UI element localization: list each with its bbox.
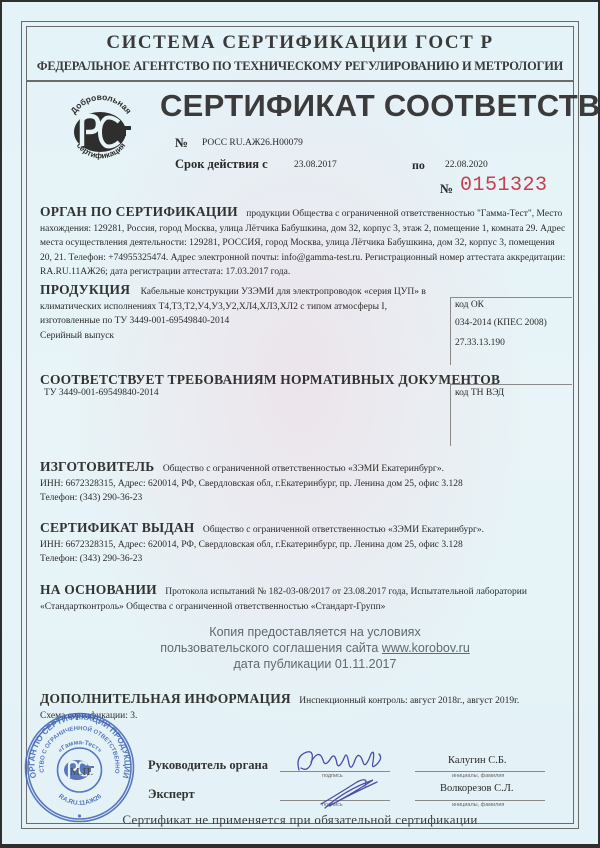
stamp-mp-label: М.П. — [70, 766, 93, 778]
document-title: СЕРТИФИКАТ СООТВЕТСТВИЯ — [160, 88, 600, 124]
issued-to-section: СЕРТИФИКАТ ВЫДАН Общество с ограниченной… — [40, 521, 568, 567]
basis-section: НА ОСНОВАНИИ Протокола испытаний № 182-0… — [40, 583, 568, 614]
head-name: Калугин С.Б. — [448, 755, 507, 766]
issued-to-details: ИНН: 6672328315, Адрес: 620014, РФ, Свер… — [40, 540, 463, 550]
watermark-line-2: пользовательского соглашения сайта www.k… — [150, 640, 480, 656]
manufacturer-details: ИНН: 6672328315, Адрес: 620014, РФ, Свер… — [40, 479, 463, 489]
footer-note: Сертификат не применяется при обязательн… — [0, 812, 600, 828]
svg-text:RA.RU.11АЖ26: RA.RU.11АЖ26 — [57, 793, 103, 807]
validity-label: Срок действия с — [175, 157, 268, 172]
tnved-code-label: код ТН ВЭД — [455, 388, 504, 398]
valid-to-label: по — [412, 158, 425, 173]
product-section: ПРОДУКЦИЯ Кабельные конструкции УЗЭМИ дл… — [40, 283, 440, 343]
expert-name-caption: инициалы, фамилия — [452, 802, 504, 808]
valid-to-date: 22.08.2020 — [445, 160, 488, 170]
additional-info-text: Инспекционный контроль: август 2018г., а… — [299, 696, 519, 706]
watermark-line-2-text: пользовательского соглашения сайта — [160, 641, 382, 655]
manufacturer-phone: Телефон: (343) 290-36-23 — [40, 493, 142, 503]
product-release: Серийный выпуск — [40, 331, 114, 341]
head-of-body-label: Руководитель органа — [148, 758, 268, 773]
head-name-line — [415, 771, 545, 772]
manufacturer-name: Общество с ограниченной ответственностью… — [163, 464, 444, 474]
ok-code-value-1: 034-2014 (КПЕС 2008) — [455, 318, 547, 328]
basis-label: НА ОСНОВАНИИ — [40, 582, 157, 597]
head-name-caption: инициалы, фамилия — [452, 773, 504, 779]
header-divider — [27, 80, 573, 82]
certification-body-section: ОРГАН ПО СЕРТИФИКАЦИИ продукции Общества… — [40, 205, 568, 280]
valid-from-date: 23.08.2017 — [294, 160, 337, 170]
korobov-link[interactable]: www.korobov.ru — [382, 641, 470, 655]
watermark-line-1: Копия предоставляется на условиях — [150, 624, 480, 640]
issued-to-name: Общество с ограниченной ответственностью… — [203, 525, 484, 535]
manufacturer-label: ИЗГОТОВИТЕЛЬ — [40, 459, 154, 474]
manufacturer-section: ИЗГОТОВИТЕЛЬ Общество с ограниченной отв… — [40, 460, 568, 506]
svg-text:«Гамма-Тест»: «Гамма-Тест» — [57, 739, 103, 754]
expert-label: Эксперт — [148, 787, 195, 802]
certification-body-label: ОРГАН ПО СЕРТИФИКАЦИИ — [40, 204, 238, 219]
copy-notice-watermark: Копия предоставляется на условиях пользо… — [150, 624, 480, 672]
issued-to-phone: Телефон: (343) 290-36-23 — [40, 554, 142, 564]
serial-sign: № — [440, 181, 453, 197]
serial-number: 0151323 — [460, 174, 548, 197]
number-sign: № — [175, 135, 188, 151]
additional-info-label: ДОПОЛНИТЕЛЬНАЯ ИНФОРМАЦИЯ — [40, 691, 291, 706]
product-label: ПРОДУКЦИЯ — [40, 282, 130, 297]
system-title: СИСТЕМА СЕРТИФИКАЦИИ ГОСТ Р — [0, 32, 600, 54]
ok-code-value-2: 27.33.13.190 — [455, 338, 505, 348]
watermark-line-3: дата публикации 01.11.2017 — [150, 656, 480, 672]
compliance-document: ТУ 3449-001-69549840-2014 — [44, 388, 159, 398]
issued-to-label: СЕРТИФИКАТ ВЫДАН — [40, 520, 195, 535]
expert-name-line — [415, 800, 545, 801]
agency-name: ФЕДЕРАЛЬНОЕ АГЕНТСТВО ПО ТЕХНИЧЕСКОМУ РЕ… — [0, 59, 600, 74]
ok-code-label: код ОК — [455, 300, 484, 310]
rst-logo-icon: Добровольная сертификация — [62, 92, 140, 170]
certification-body-text: продукции Общества с ограниченной ответс… — [40, 209, 565, 277]
compliance-label: СООТВЕТСТВУЕТ ТРЕБОВАНИЯМ НОРМАТИВНЫХ ДО… — [40, 372, 500, 388]
certificate-number: РОСС RU.АЖ26.Н00079 — [202, 138, 303, 148]
handwritten-signature-icon — [285, 742, 395, 812]
expert-name: Волкорезов С.Л. — [440, 783, 514, 794]
